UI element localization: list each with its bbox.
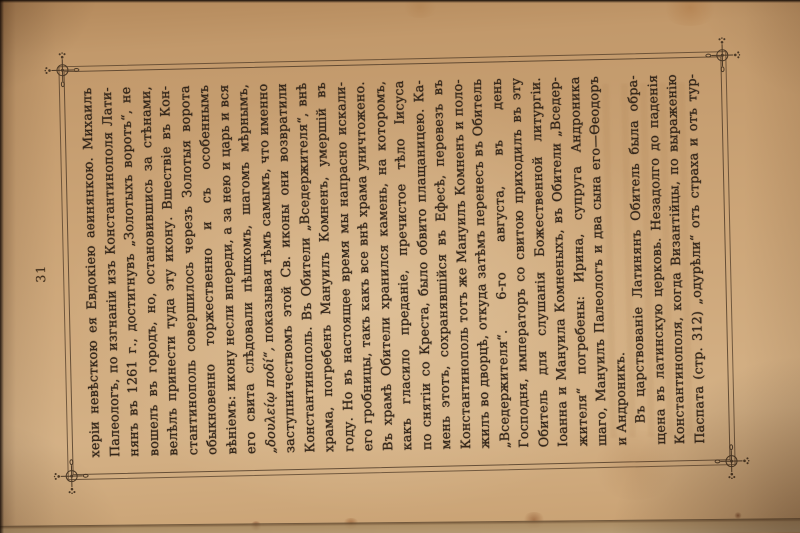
greek-phrase: „δουλείῳ ποδί“, [261,347,278,454]
frame-inner-rule: херіи невѣсткою ея Евдокіею аѳинянкою. М… [63,56,730,475]
text-block: херіи невѣсткою ея Евдокіею аѳинянкою. М… [78,74,710,458]
book-page: 31 херіи невѣсткою ея Евдокіею аѳинянкою… [28,46,737,486]
decorative-frame: херіи невѣсткою ея Евдокіею аѳинянкою. М… [58,51,735,480]
paper-stain [660,0,720,26]
page-number: 31 [28,62,54,486]
photo-edge-left [0,0,4,533]
page-edge-shadow [0,518,800,533]
photo-edge-top [0,0,800,3]
book-page-photo: 31 херіи невѣсткою ея Евдокіею аѳинянкою… [0,0,800,533]
